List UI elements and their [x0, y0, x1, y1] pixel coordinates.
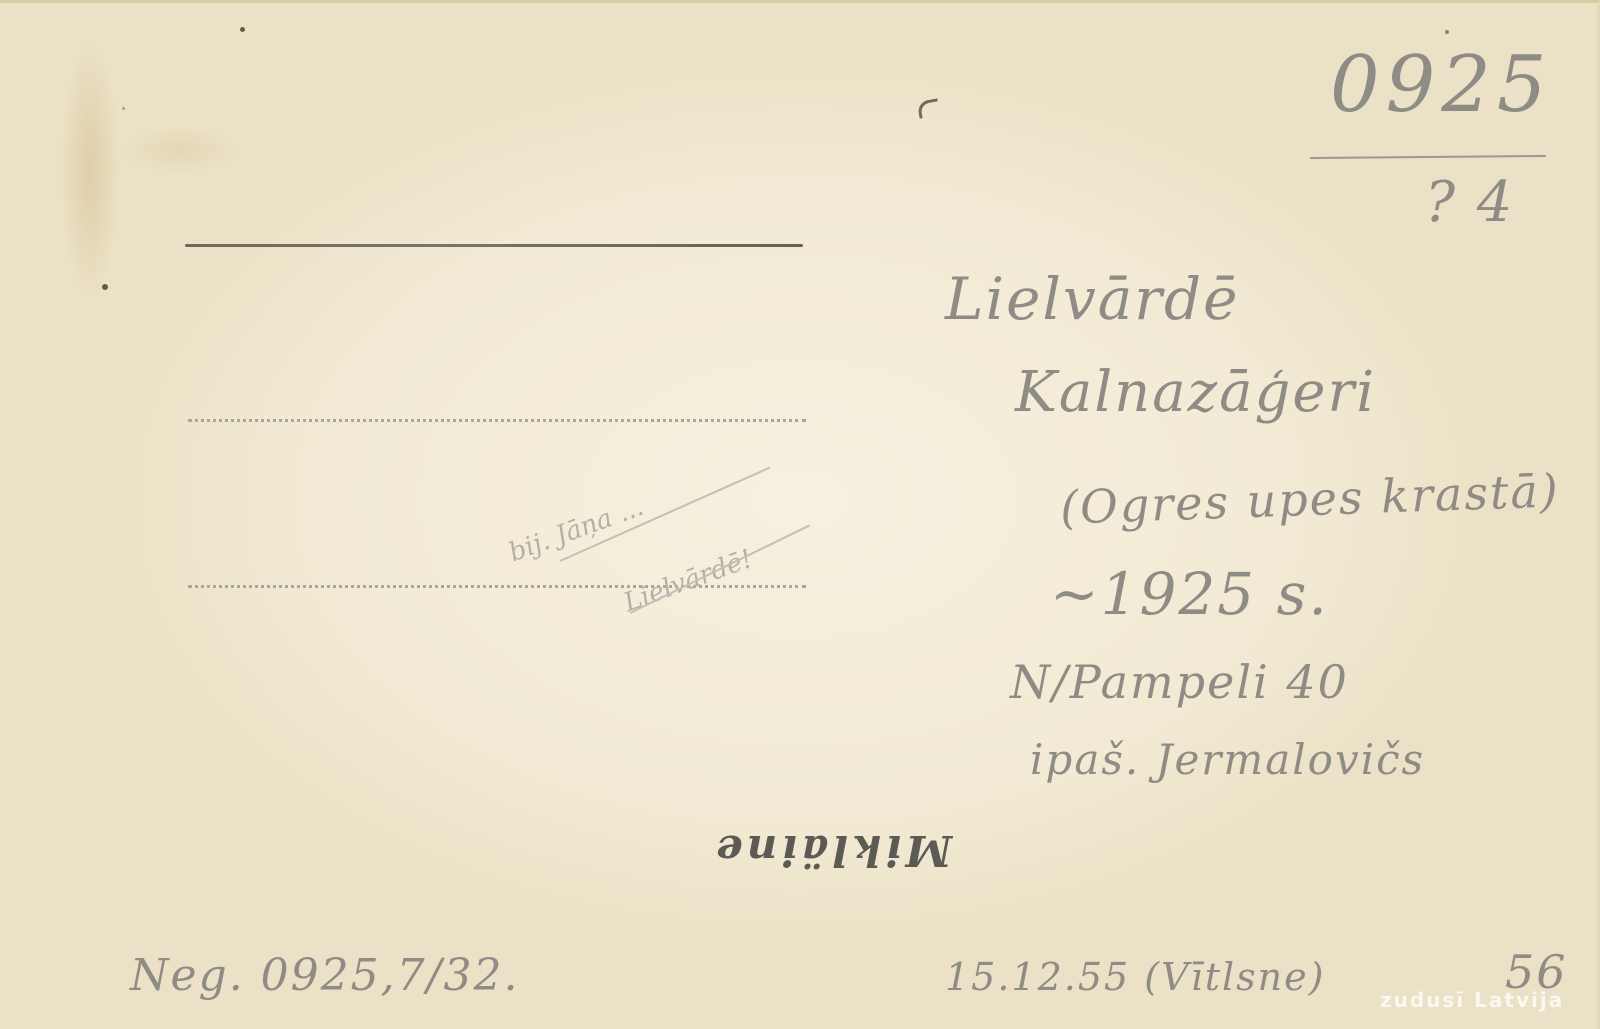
catalog-sub-number: ? 4: [1425, 170, 1514, 235]
note-farm-name: Kalnazāģeri: [1015, 360, 1376, 425]
paper-speck: [1445, 30, 1449, 34]
note-source: N/Pampeli 40: [1010, 655, 1349, 709]
note-owner: ipaš. Jermalovičs: [1030, 735, 1425, 784]
address-line-solid: [185, 244, 803, 247]
catalog-fraction-line: [1310, 155, 1546, 159]
negative-number: Neg. 0925,7/32.: [130, 950, 519, 1001]
record-date: 15.12.55 (Vītlsne): [945, 955, 1325, 999]
catalog-number: 0925: [1330, 40, 1553, 130]
note-date: ~1925 s.: [1050, 560, 1329, 628]
pencil-tick-mark: [917, 98, 941, 118]
postcard-back: 0925 ? 4 Lielvārdē Kalnazāģeri (Ogres up…: [0, 0, 1600, 1029]
note-place: Lielvārdē: [945, 265, 1239, 333]
diagonal-note-underline: [630, 524, 811, 613]
photographer-stamp: Mikläine: [712, 826, 952, 875]
paper-speck: [122, 107, 125, 110]
watermark: zudusī Latvija: [1380, 988, 1564, 1012]
note-location: (Ogres upes krastā): [1059, 463, 1560, 534]
address-line-dotted: [188, 419, 806, 422]
paper-speck: [240, 27, 245, 32]
paper-speck: [102, 284, 108, 290]
